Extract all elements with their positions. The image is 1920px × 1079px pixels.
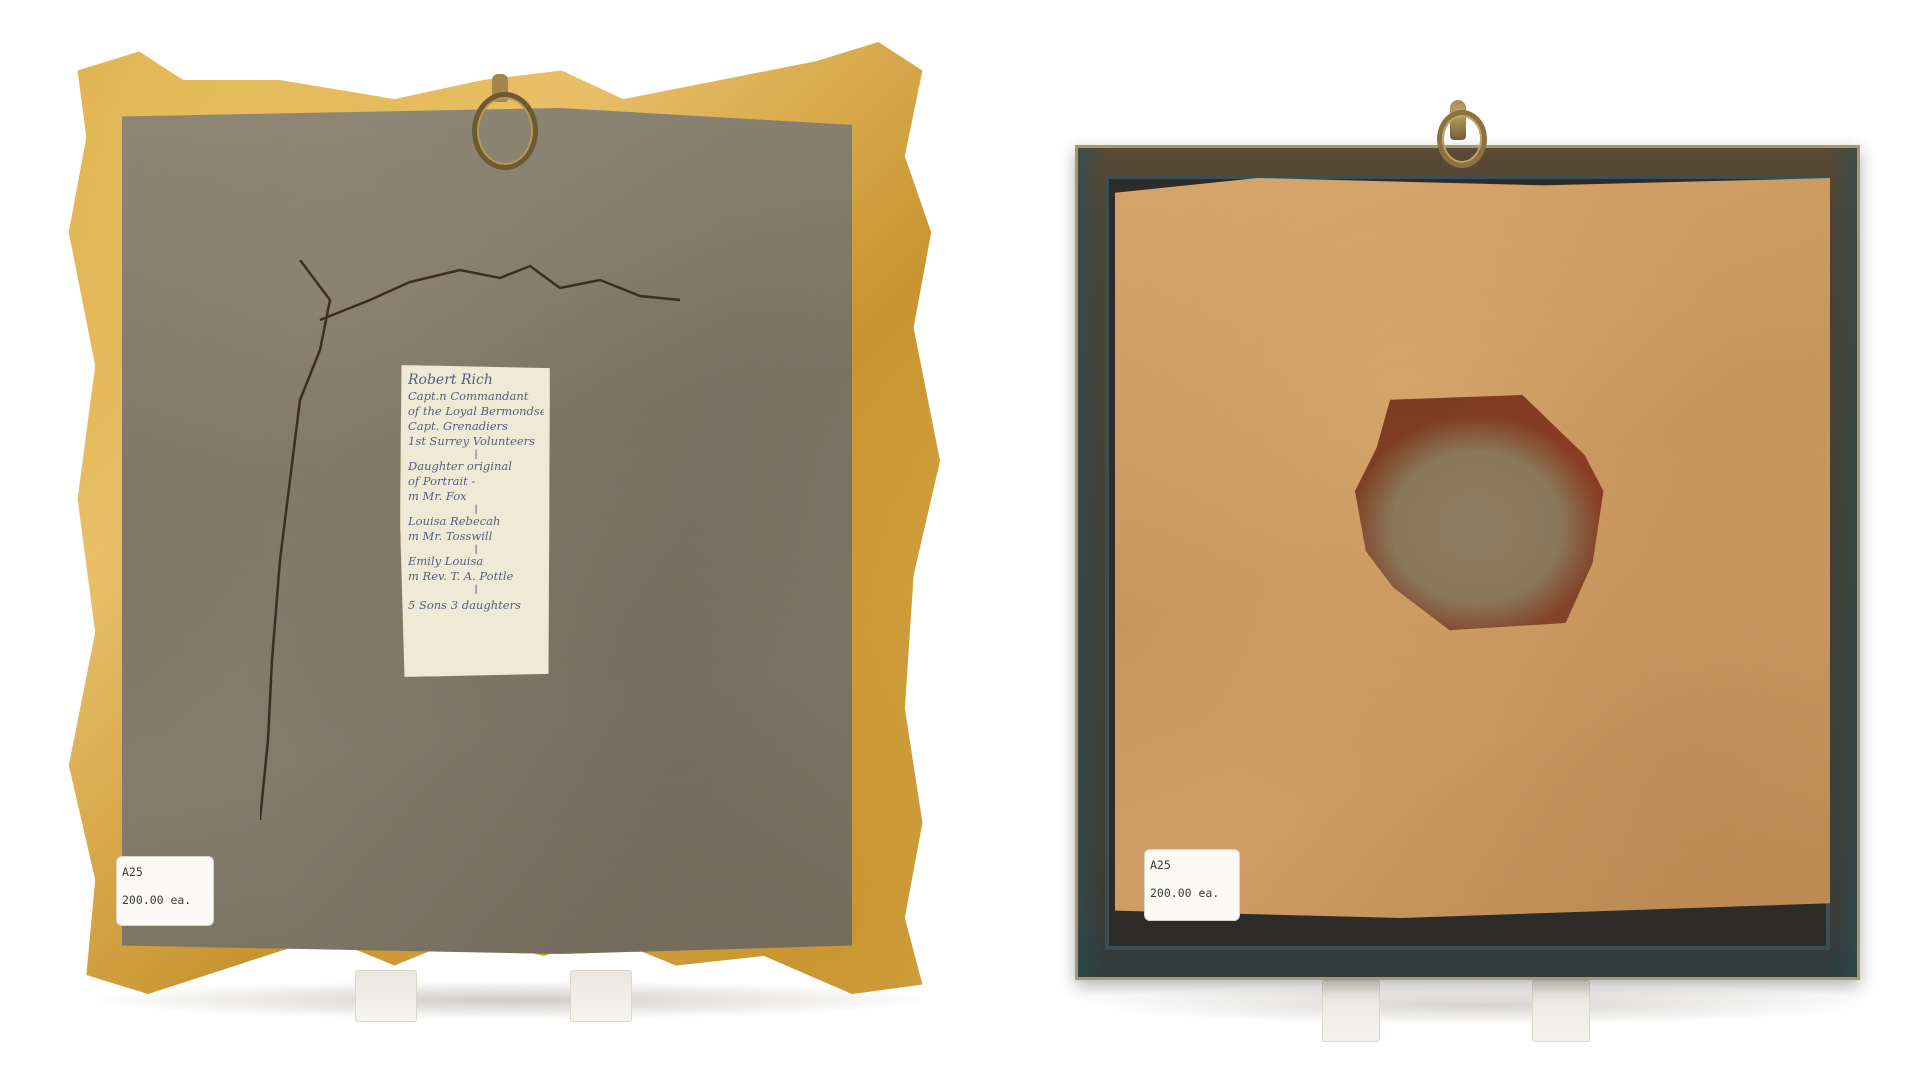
label-separator: | bbox=[408, 544, 544, 554]
brass-ring-icon bbox=[472, 92, 538, 170]
label-separator: | bbox=[408, 449, 544, 459]
price-tag-price: 200.00 ea. bbox=[1150, 886, 1219, 900]
left-frame-stand-1 bbox=[355, 970, 417, 1022]
label-line: of the Loyal Bermondsey bbox=[408, 404, 544, 419]
label-line: Capt.n Commandant bbox=[408, 389, 544, 404]
right-frame-stand-2 bbox=[1532, 980, 1590, 1042]
label-line: m Rev. T. A. Pottle bbox=[408, 569, 544, 584]
label-line: m Mr. Fox bbox=[408, 489, 544, 504]
right-frame-stand-1 bbox=[1322, 980, 1380, 1042]
right-frame-shadow bbox=[1080, 985, 1880, 1025]
brass-ring-icon bbox=[1437, 110, 1487, 168]
price-tag-price: 200.00 ea. bbox=[122, 893, 191, 907]
label-line: of Portrait - bbox=[408, 474, 544, 489]
right-price-tag: A25 200.00 ea. bbox=[1144, 849, 1240, 921]
label-line: Robert Rich bbox=[408, 371, 544, 389]
label-line: m Mr. Tosswill bbox=[408, 529, 544, 544]
label-line: 5 Sons 3 daughters bbox=[408, 598, 544, 613]
label-line: Louisa Rebecah bbox=[408, 514, 544, 529]
price-tag-code: A25 bbox=[122, 865, 208, 879]
label-line: Capt. Grenadiers bbox=[408, 419, 544, 434]
left-frame-shadow bbox=[80, 980, 940, 1020]
label-separator: | bbox=[408, 584, 544, 594]
left-price-tag: A25 200.00 ea. bbox=[116, 856, 214, 926]
price-tag-code: A25 bbox=[1150, 858, 1234, 872]
label-line: Emily Louisa bbox=[408, 554, 544, 569]
label-line: Daughter original bbox=[408, 459, 544, 474]
left-frame-stand-2 bbox=[570, 970, 632, 1022]
label-separator: | bbox=[408, 504, 544, 514]
left-frame: Robert Rich Capt.n Commandant of the Loy… bbox=[0, 0, 960, 1079]
label-line: 1st Surrey Volunteers bbox=[408, 434, 544, 449]
handwritten-provenance-label: Robert Rich Capt.n Commandant of the Loy… bbox=[400, 365, 550, 677]
